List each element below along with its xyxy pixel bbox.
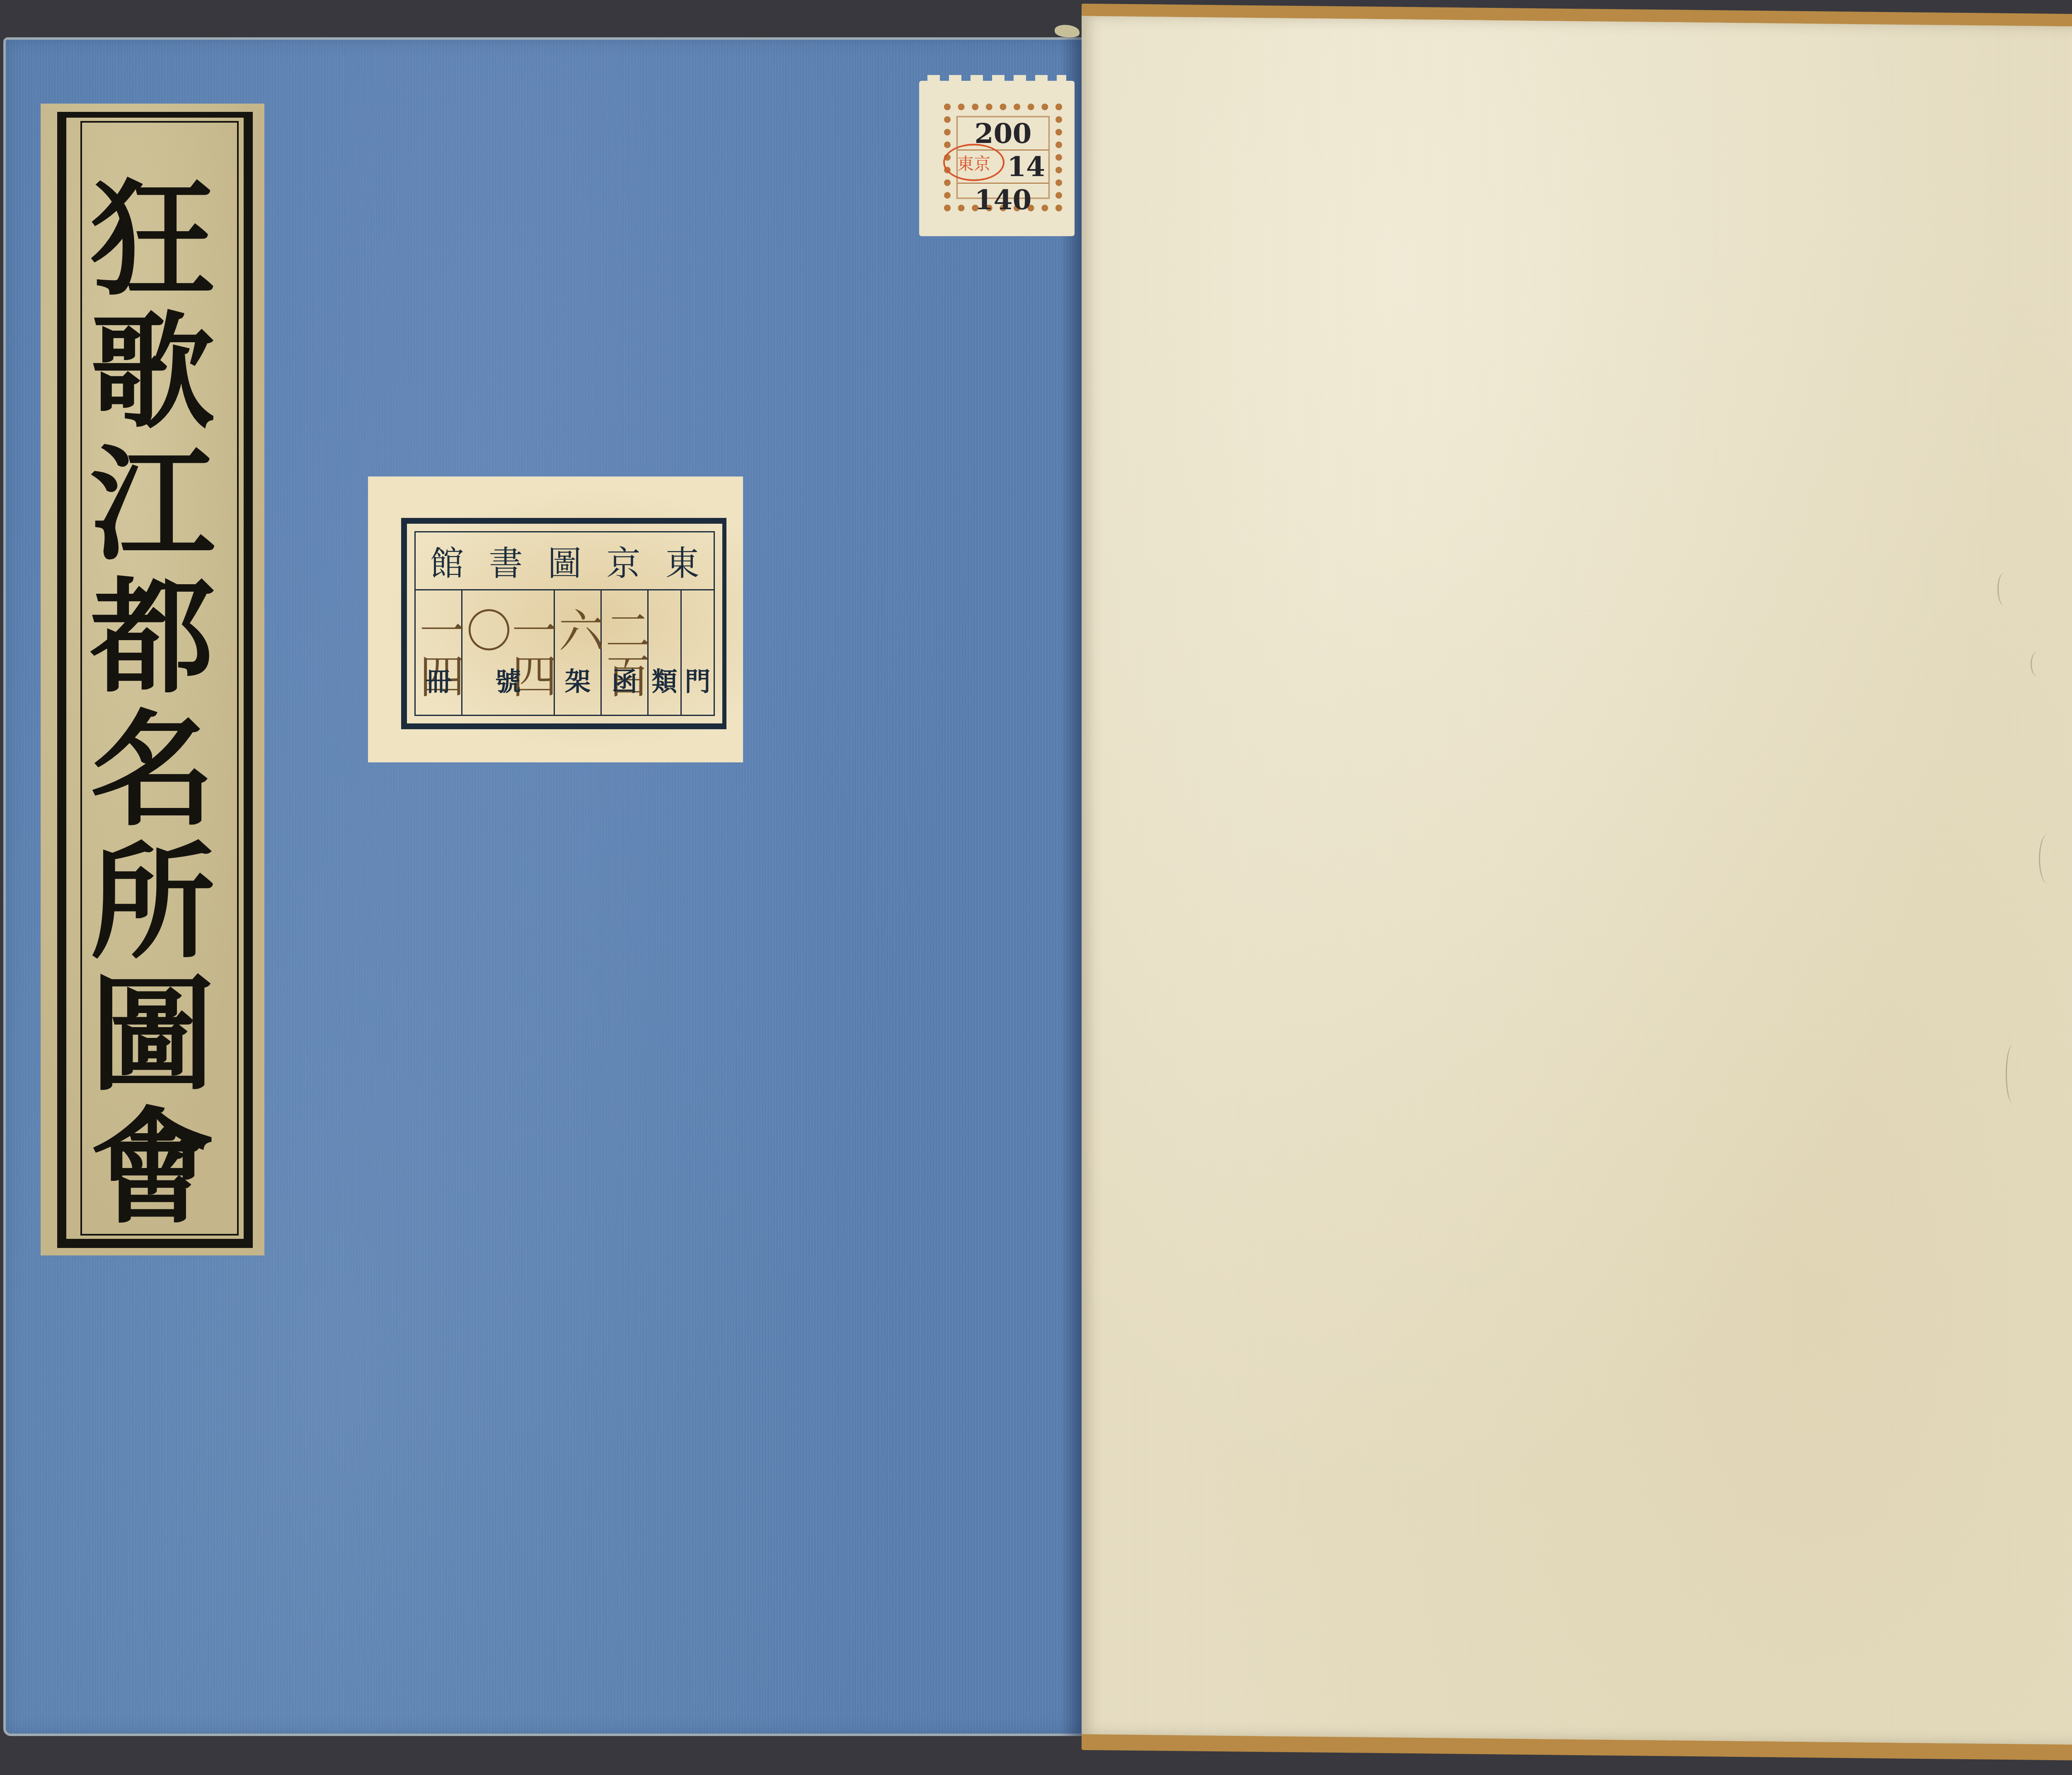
book-title: 狂 歌 江 都 名 所 圖 會 bbox=[41, 178, 264, 1239]
label-column-go: 一四〇 號 bbox=[461, 590, 554, 715]
label-column-ka: 六 架 bbox=[554, 590, 600, 715]
paper-fiber bbox=[2039, 834, 2057, 884]
catalog-number-stamp: 200 14 140 東京 bbox=[919, 81, 1075, 236]
handwritten-value: 六 bbox=[555, 607, 600, 715]
book-spread: 狂 歌 江 都 名 所 圖 會 十 東 京 圖 書 館 bbox=[0, 0, 2072, 1775]
red-seal-icon: 東京 bbox=[943, 144, 1005, 181]
label-column-mon: 門 bbox=[680, 590, 714, 715]
handwritten-value: 一四〇 bbox=[462, 607, 554, 715]
paper-fiber bbox=[2031, 652, 2044, 677]
title-char: 所 bbox=[90, 841, 215, 974]
volume-number: 十 bbox=[41, 1081, 264, 1212]
column-caption: 號 bbox=[495, 661, 521, 698]
column-caption: 架 bbox=[565, 661, 591, 698]
paper-fiber bbox=[2006, 1045, 2019, 1103]
label-column-satsu: 一四 冊 bbox=[416, 590, 461, 715]
label-frame: 東 京 圖 書 館 門 類 二百 bbox=[401, 518, 726, 729]
column-caption: 冊 bbox=[426, 661, 451, 698]
title-slip: 狂 歌 江 都 名 所 圖 會 十 bbox=[41, 104, 264, 1255]
library-name-char: 京 bbox=[607, 537, 641, 585]
title-char: 江 bbox=[90, 443, 215, 576]
title-char: 名 bbox=[90, 709, 215, 841]
front-cover: 狂 歌 江 都 名 所 圖 會 十 bbox=[3, 37, 1085, 1736]
library-call-number-label: 東 京 圖 書 館 門 類 二百 bbox=[368, 476, 743, 762]
label-grid: 東 京 圖 書 館 門 類 二百 bbox=[414, 531, 715, 716]
column-caption: 函 bbox=[612, 661, 637, 698]
handwritten-value: 二百 bbox=[602, 607, 647, 715]
library-name-char: 書 bbox=[489, 537, 523, 585]
label-columns: 門 類 二百 函 六 架 一四〇 bbox=[416, 590, 714, 715]
handwritten-value: 一四 bbox=[416, 607, 461, 715]
stamp-number-bottom: 140 bbox=[958, 183, 1048, 216]
label-column-kan: 二百 函 bbox=[600, 590, 647, 715]
paper-tab bbox=[1055, 25, 1080, 37]
library-name-char: 圖 bbox=[547, 537, 581, 585]
title-char: 歌 bbox=[90, 311, 215, 443]
title-char: 狂 bbox=[90, 178, 215, 311]
library-name-char: 東 bbox=[666, 537, 700, 585]
column-caption: 門 bbox=[685, 661, 710, 698]
library-name: 東 京 圖 書 館 bbox=[416, 532, 714, 590]
endpaper-board bbox=[1082, 4, 2072, 1761]
title-char: 都 bbox=[90, 576, 215, 709]
label-column-rui: 類 bbox=[647, 590, 680, 715]
column-caption: 類 bbox=[651, 661, 677, 698]
endpaper-page bbox=[1082, 16, 2072, 1745]
paper-fiber bbox=[1997, 573, 2011, 606]
library-name-char: 館 bbox=[430, 537, 464, 585]
